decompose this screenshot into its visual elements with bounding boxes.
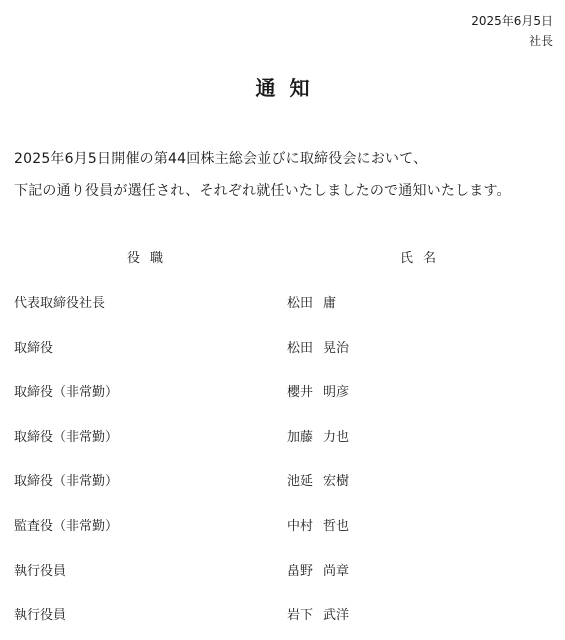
officer-name: 中村哲也 xyxy=(287,515,349,534)
officer-role: 執行役員 xyxy=(14,604,66,623)
officer-surname: 岩下 xyxy=(287,608,313,623)
officer-name: 池延宏樹 xyxy=(287,470,349,489)
officer-name: 畠野尚章 xyxy=(287,560,349,579)
officer-row: 取締役（非常勤） 池延宏樹 xyxy=(0,470,565,490)
officer-name: 松田庸 xyxy=(287,292,336,311)
officer-surname: 畠野 xyxy=(287,564,313,579)
officer-name: 櫻井明彦 xyxy=(287,381,349,400)
officer-role: 執行役員 xyxy=(14,560,66,579)
column-header-name: 氏名 xyxy=(400,247,446,266)
officer-row: 執行役員 畠野尚章 xyxy=(0,560,565,580)
officer-name: 岩下武洋 xyxy=(287,604,349,623)
officer-surname: 池延 xyxy=(287,474,313,489)
officer-role: 監査役（非常勤） xyxy=(14,515,118,534)
officer-given-name: 晃治 xyxy=(323,341,349,356)
officer-surname: 松田 xyxy=(287,296,313,311)
officer-row: 執行役員 岩下武洋 xyxy=(0,604,565,624)
officer-row: 代表取締役社長 松田庸 xyxy=(0,292,565,312)
officer-given-name: 哲也 xyxy=(323,519,349,534)
officer-surname: 中村 xyxy=(287,519,313,534)
document-title: 通知 xyxy=(0,72,565,101)
notice-author: 社長 xyxy=(529,32,553,49)
officer-surname: 櫻井 xyxy=(287,385,313,400)
column-header-role: 役職 xyxy=(127,247,173,266)
officer-surname: 松田 xyxy=(287,341,313,356)
officer-given-name: 武洋 xyxy=(323,608,349,623)
officer-role: 取締役（非常勤） xyxy=(14,426,118,445)
officer-role: 取締役（非常勤） xyxy=(14,470,118,489)
officer-given-name: 庸 xyxy=(323,296,336,311)
notice-date: 2025年6月5日 xyxy=(471,12,553,29)
officer-row: 取締役（非常勤） 加藤力也 xyxy=(0,426,565,446)
officer-row: 取締役（非常勤） 櫻井明彦 xyxy=(0,381,565,401)
officer-surname: 加藤 xyxy=(287,430,313,445)
officer-name: 加藤力也 xyxy=(287,426,349,445)
officer-role: 代表取締役社長 xyxy=(14,292,105,311)
officer-given-name: 宏樹 xyxy=(323,474,349,489)
officer-row: 取締役 松田晃治 xyxy=(0,337,565,357)
officer-given-name: 明彦 xyxy=(323,385,349,400)
officer-given-name: 力也 xyxy=(323,430,349,445)
officer-given-name: 尚章 xyxy=(323,564,349,579)
officer-name: 松田晃治 xyxy=(287,337,349,356)
officer-row: 監査役（非常勤） 中村哲也 xyxy=(0,515,565,535)
officer-role: 取締役 xyxy=(14,337,53,356)
body-paragraph-line-2: 下記の通り役員が選任され、それぞれ就任いたしましたので通知いたします。 xyxy=(14,180,511,200)
body-paragraph-line-1: 2025年6月5日開催の第44回株主総会並びに取締役会において、 xyxy=(14,148,427,168)
officer-role: 取締役（非常勤） xyxy=(14,381,118,400)
